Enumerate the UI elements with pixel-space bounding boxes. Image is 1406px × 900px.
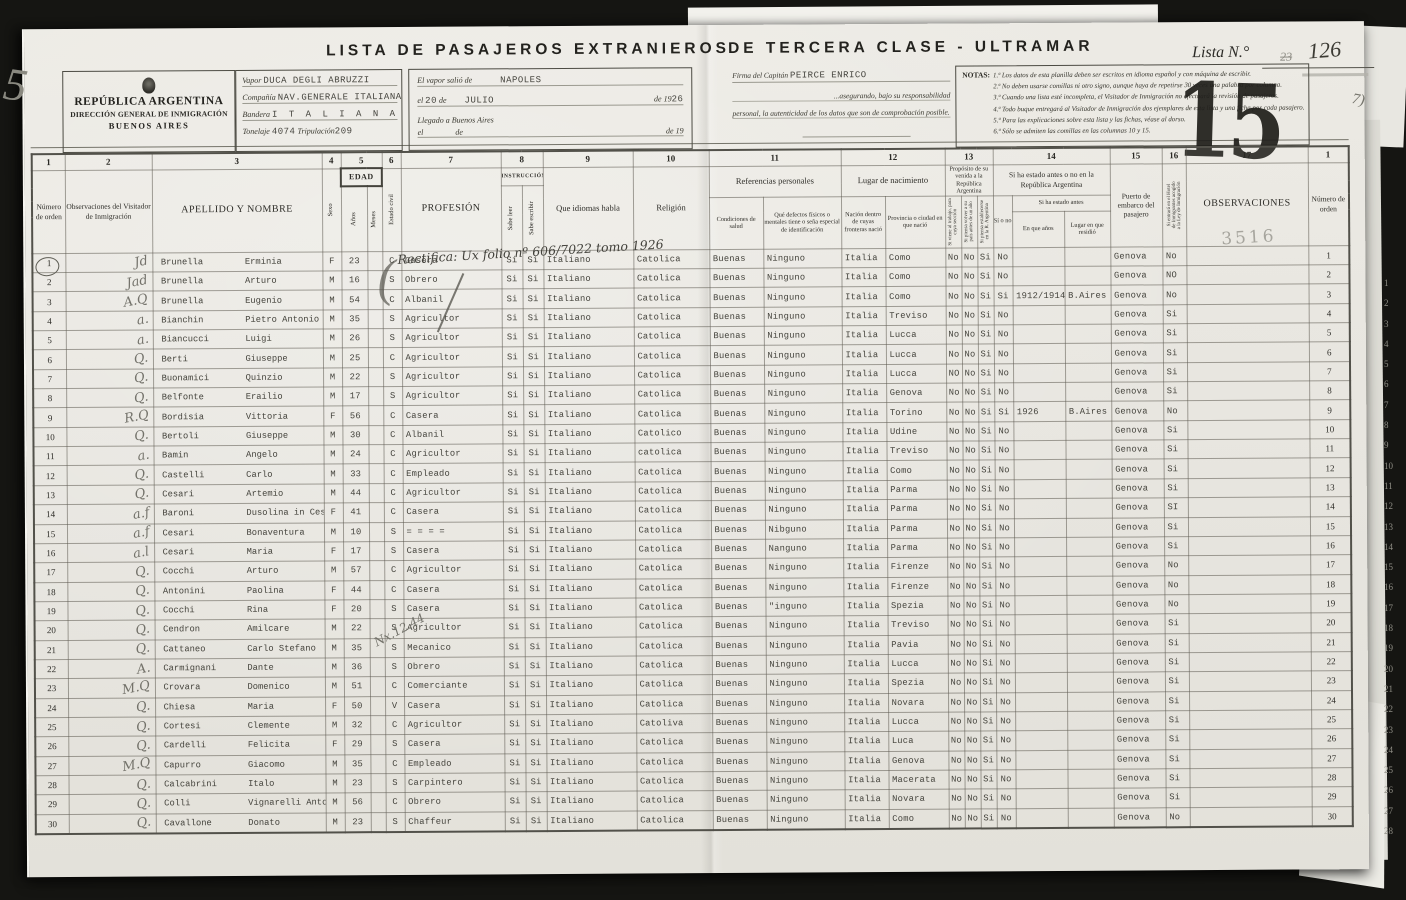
cell-health: Buenas — [713, 791, 767, 811]
cell-visitor-mark: Q. — [67, 465, 154, 485]
underpage-number: 25 — [1384, 765, 1400, 785]
cell-health: Buenas — [710, 346, 764, 366]
header-yes-or-no: Sí o no — [993, 195, 1012, 247]
underpage-number: 18 — [1384, 623, 1400, 643]
colnum-10: 10 — [633, 150, 709, 166]
ship-info-box: Vapor DUCA DEGLI ABRUZZI Compañía NAV.GE… — [235, 69, 402, 152]
cell-purpose-3: Si — [979, 557, 995, 576]
flag-label: Bandera — [242, 110, 270, 119]
cell-health: Buenas — [712, 616, 766, 636]
cell-been-before: No — [996, 615, 1015, 634]
cell-which-years — [1014, 537, 1066, 557]
cell-purpose-3: Si — [978, 364, 994, 383]
cell-can-read: Si — [505, 811, 526, 830]
ship-tonnage-row: Tonelaje 4074 Tripulación209 — [243, 126, 398, 137]
cell-order-number: 16 — [34, 543, 67, 563]
cell-birth-province: Udine — [886, 422, 946, 442]
cell-where-resided — [1065, 305, 1111, 325]
cell-birth-nation: Italia — [842, 306, 886, 326]
cell-birth-nation: Italia — [842, 287, 886, 307]
cell-birth-province: Genova — [888, 751, 948, 771]
cell-birth-province: Macerata — [888, 770, 948, 790]
cell-visitor-mark: Jd — [65, 253, 152, 273]
cell-order-number-2: 17 — [1310, 555, 1351, 575]
cell-embark-port: Genova — [1111, 401, 1163, 421]
cell-birth-province: Spezia — [888, 673, 948, 693]
underpage-number: 4 — [1384, 339, 1400, 359]
cell-purpose-1: No — [949, 809, 965, 828]
cell-health: Buenas — [711, 578, 765, 598]
cell-defects: Ninguno — [766, 693, 844, 713]
cell-birth-province: Como — [887, 461, 947, 481]
country-name: REPÚBLICA ARGENTINA — [63, 95, 234, 108]
cell-health: Buenas — [710, 423, 764, 443]
cell-age-years: 44 — [343, 580, 369, 600]
cell-language: Italiano — [545, 482, 635, 502]
underpage-number: 10 — [1384, 461, 1400, 481]
cell-can-write: Si — [525, 753, 546, 772]
cell-civil-status: C — [384, 503, 403, 522]
given-name: Amilcare — [247, 624, 289, 634]
cell-visitor-mark: a. — [66, 330, 153, 350]
cell-can-write: Si — [523, 444, 544, 463]
cell-order-number-2: 14 — [1310, 497, 1351, 517]
cell-name: CocchiRina — [154, 600, 324, 620]
departure-port: NAPOLES — [500, 75, 541, 85]
header-if-been-before: Si ha estado antes — [1012, 195, 1110, 212]
cell-which-years: 1926 — [1013, 402, 1065, 422]
cell-immigrant-hotel: Si — [1164, 440, 1188, 459]
cell-purpose-3: Si — [978, 383, 994, 402]
cell-embark-port: Genova — [1110, 247, 1162, 267]
cell-birth-province: Novara — [889, 789, 949, 809]
cell-immigrant-hotel: Si — [1163, 343, 1187, 362]
captain-row: Firma del Capitán PEIRCE ENRICO — [732, 70, 950, 83]
header-observations: OBSERVACIONES — [1186, 162, 1309, 246]
visitor-handwritten-mark: a. — [135, 331, 149, 348]
visitor-handwritten-mark: Jd — [133, 254, 149, 271]
cell-which-years — [1013, 383, 1065, 403]
cell-health: Buenas — [710, 384, 764, 404]
cell-which-years — [1013, 305, 1065, 325]
cell-can-write: Si — [524, 482, 545, 501]
visitor-handwritten-mark: A. — [136, 660, 152, 677]
cell-can-write: Si — [525, 773, 546, 792]
cell-embark-port: Genova — [1112, 479, 1164, 499]
cell-purpose-1: No — [946, 306, 962, 325]
cell-where-resided — [1066, 440, 1112, 460]
visitor-handwritten-mark: a. — [135, 312, 149, 329]
cell-health: Buenas — [712, 713, 766, 733]
cell-been-before: No — [995, 460, 1014, 479]
cell-where-resided — [1067, 672, 1113, 692]
cell-birth-nation: Italia — [844, 770, 888, 790]
cell-visitor-mark: M.Q — [68, 678, 155, 698]
cell-embark-port: Genova — [1114, 788, 1166, 808]
cell-observations — [1187, 381, 1309, 401]
captain-label: Firma del Capitán — [732, 71, 788, 80]
cell-been-before: No — [994, 325, 1013, 344]
cell-purpose-1: No — [949, 789, 965, 808]
cell-sex: M — [323, 329, 342, 348]
cell-can-read: Si — [503, 541, 524, 560]
header-name: APELLIDO Y NOMBRE — [152, 168, 323, 252]
header-personal-references: Referencias personales — [709, 165, 841, 197]
cell-immigrant-hotel: Si — [1163, 324, 1187, 343]
cell-order-number-2: 9 — [1309, 400, 1350, 420]
cell-age-months — [370, 716, 385, 735]
cell-order-number: 6 — [33, 350, 66, 370]
cell-purpose-1: No — [947, 499, 963, 518]
cell-birth-province: Como — [889, 809, 949, 829]
cell-purpose-3: Si — [980, 770, 996, 789]
cell-language: Italiano — [544, 288, 634, 308]
cell-name: BertiGiuseppe — [153, 348, 323, 368]
cell-embark-port: Genova — [1111, 421, 1163, 441]
given-name: Dante — [247, 663, 273, 673]
cell-sex: F — [322, 252, 341, 271]
cell-order-number-2: 18 — [1310, 574, 1351, 594]
cell-birth-province: Parma — [887, 480, 947, 500]
cell-civil-status: S — [383, 309, 402, 328]
cell-observations — [1188, 497, 1310, 517]
cell-health: Buenas — [709, 249, 763, 269]
cell-been-before: No — [994, 383, 1013, 402]
cell-order-number: 15 — [34, 524, 67, 544]
cell-which-years — [1013, 363, 1065, 383]
cell-name: BaroniDusolina in Cesari — [154, 503, 324, 523]
cell-visitor-mark: Q. — [66, 369, 153, 389]
form-print-code — [1302, 73, 1368, 76]
cell-can-read: Si — [502, 289, 523, 308]
header-birth-province: Provincia o ciudad en que nació — [885, 196, 945, 248]
visitor-handwritten-mark: Q. — [134, 583, 151, 600]
underpage-number: 27 — [1384, 806, 1400, 826]
cell-embark-port: Genova — [1111, 363, 1163, 383]
cell-age-years: 41 — [343, 503, 369, 523]
cell-profession: Carpintero — [404, 773, 504, 793]
cell-purpose-1: No — [948, 770, 964, 789]
cell-purpose-3: Si — [980, 692, 996, 711]
cell-age-months — [368, 406, 383, 425]
cell-immigrant-hotel: NO — [1162, 266, 1186, 285]
cell-immigrant-hotel: Si — [1166, 769, 1190, 788]
cell-sex: M — [324, 464, 343, 483]
cell-health: Buenas — [710, 365, 764, 385]
cell-which-years — [1015, 750, 1067, 770]
cell-where-resided — [1066, 479, 1112, 499]
cell-defects: Ninguno — [766, 635, 844, 655]
cell-birth-nation: Italia — [841, 248, 885, 268]
cell-age-years: 10 — [343, 522, 369, 542]
cell-profession: Albanil — [402, 425, 502, 445]
cell-age-months — [370, 774, 385, 793]
cell-can-write: Si — [525, 676, 546, 695]
cell-religion: Catolica — [634, 327, 710, 347]
cell-immigrant-hotel: Si — [1164, 517, 1188, 536]
cell-civil-status: C — [383, 445, 402, 464]
visitor-handwritten-mark: A.Q — [123, 292, 149, 311]
cell-which-years — [1015, 692, 1067, 712]
cell-which-years — [1015, 673, 1067, 693]
cell-sex: M — [324, 484, 343, 503]
underpage-number: 8 — [1384, 420, 1400, 440]
cell-age-months — [369, 522, 384, 541]
cell-where-resided — [1067, 692, 1113, 712]
cell-civil-status: S — [386, 812, 405, 831]
cell-health: Buenas — [709, 268, 763, 288]
cell-where-resided — [1066, 556, 1112, 576]
cell-language: Italiano — [546, 733, 636, 753]
cell-age-years: 54 — [342, 290, 368, 310]
cell-been-before: No — [994, 363, 1013, 382]
given-name: Erminia — [245, 257, 282, 267]
cell-name: CarmignaniDante — [155, 658, 325, 678]
cell-order-number-2: 30 — [1312, 806, 1353, 826]
cell-purpose-3: Si — [980, 731, 996, 750]
cell-age-months — [368, 348, 383, 367]
cell-name: CesariBonaventura — [154, 522, 324, 542]
cell-religion: Catolica — [634, 404, 710, 424]
cell-been-before: No — [993, 267, 1012, 286]
underlying-page-row-numbers: 1234567891011121314151617181920212223242… — [1384, 278, 1400, 846]
cell-language: Italiano — [546, 695, 636, 715]
cell-which-years — [1015, 634, 1067, 654]
cell-purpose-1: No — [947, 557, 963, 576]
cell-profession: Obrero — [401, 270, 501, 290]
given-name: Giacomo — [248, 759, 285, 769]
cell-order-number: 28 — [35, 775, 68, 795]
cell-civil-status: S — [384, 599, 403, 618]
cell-sex: M — [324, 522, 343, 541]
cell-order-number: 23 — [35, 679, 68, 699]
cell-defects: Ninguno — [766, 655, 844, 675]
cell-order-number-2: 11 — [1310, 439, 1351, 459]
crew-label: Tripulación — [297, 126, 334, 135]
cell-civil-status: C — [383, 348, 402, 367]
cell-order-number: 11 — [33, 447, 66, 467]
surname: Belfonte — [162, 392, 246, 403]
cell-order-number-2: 4 — [1309, 303, 1350, 323]
cell-birth-province: Lucca — [886, 364, 946, 384]
cell-where-resided — [1065, 324, 1111, 344]
cell-been-before: No — [996, 654, 1015, 673]
cell-purpose-2: No — [961, 267, 977, 286]
cell-observations — [1189, 749, 1311, 769]
surname: Bamin — [162, 450, 246, 461]
cell-purpose-1: No — [947, 577, 963, 596]
colnum-6: 6 — [382, 152, 401, 168]
cell-observations — [1188, 439, 1310, 459]
underpage-number: 17 — [1384, 603, 1400, 623]
cell-can-write: Si — [523, 424, 544, 443]
cell-can-read: Si — [503, 560, 524, 579]
cell-can-read: Si — [503, 521, 524, 540]
cell-can-write: Si — [523, 328, 544, 347]
department-name: DIRECCIÓN GENERAL DE INMIGRACIÓN — [63, 109, 234, 119]
cell-which-years — [1016, 769, 1068, 789]
surname: Crovara — [163, 682, 247, 693]
cell-health: Buenas — [711, 520, 765, 540]
cell-age-months — [369, 464, 384, 483]
cell-order-number: 13 — [34, 485, 67, 505]
cell-birth-nation: Italia — [844, 712, 888, 732]
cell-name: CocchiArturo — [154, 561, 324, 581]
cell-been-before: No — [997, 770, 1016, 789]
visitor-handwritten-mark: Q. — [134, 428, 151, 445]
cell-defects: Ninguno — [765, 558, 843, 578]
cell-can-read: Si — [504, 734, 525, 753]
colnum-13: 13 — [945, 148, 993, 164]
surname: Bordisia — [162, 412, 246, 423]
cell-religion: Catolico — [634, 423, 710, 443]
cell-health: Buenas — [712, 771, 766, 791]
cell-immigrant-hotel: No — [1163, 285, 1187, 304]
cell-immigrant-hotel: Si — [1165, 711, 1189, 730]
cell-name: BrunellaArturo — [152, 271, 322, 291]
cell-can-read: Si — [502, 386, 523, 405]
cell-where-resided — [1066, 595, 1112, 615]
cell-purpose-1: No — [946, 422, 962, 441]
document-title-right: DE TERCERA CLASE - ULTRAMAR — [728, 38, 1094, 58]
cell-immigrant-hotel: No — [1166, 807, 1190, 826]
cell-observations — [1187, 284, 1309, 304]
cell-purpose-2: No — [962, 441, 978, 460]
cell-can-write: Si — [526, 792, 547, 811]
cell-birth-nation: Italia — [841, 268, 885, 288]
cell-age-years: 56 — [345, 793, 371, 813]
cell-immigrant-hotel: Si — [1164, 537, 1188, 556]
cell-can-write: Si — [524, 598, 545, 617]
cell-age-years: 23 — [344, 774, 370, 794]
underpage-number: 3 — [1384, 319, 1400, 339]
cell-embark-port: Genova — [1114, 807, 1166, 827]
cell-purpose-2: No — [964, 770, 980, 789]
cell-been-before: No — [995, 576, 1014, 595]
visitor-handwritten-mark: a.l — [132, 544, 150, 562]
cell-purpose-3: Si — [977, 267, 993, 286]
cell-birth-nation: Italia — [844, 693, 888, 713]
cell-been-before: Si — [994, 402, 1013, 421]
cell-language: Italiano — [544, 443, 634, 463]
cell-language: Italiano — [546, 772, 636, 792]
cell-age-years: 22 — [344, 619, 370, 639]
cell-been-before: No — [995, 518, 1014, 537]
cell-language: Italiano — [545, 463, 635, 483]
cell-civil-status: C — [385, 754, 404, 773]
cell-been-before: No — [994, 305, 1013, 324]
cell-birth-province: Treviso — [888, 615, 948, 635]
cell-immigrant-hotel: Si — [1165, 653, 1189, 672]
cell-visitor-mark: Q. — [68, 620, 155, 640]
cell-observations — [1189, 691, 1311, 711]
cell-can-write: Si — [524, 560, 545, 579]
lista-label: Lista N.° — [1192, 44, 1249, 61]
surname: Bertoli — [162, 431, 246, 442]
cell-visitor-mark: Q. — [67, 582, 154, 602]
cell-language: Italiano — [546, 656, 636, 676]
cell-purpose-1: No — [946, 286, 962, 305]
cell-profession: Agricultor — [402, 328, 502, 348]
cell-defects: Ninguno — [764, 287, 842, 307]
cell-order-number-2: 15 — [1310, 516, 1351, 536]
given-name: Carlo Stefano — [247, 643, 316, 653]
cell-immigrant-hotel: Si — [1165, 730, 1189, 749]
cell-birth-province: Treviso — [886, 306, 946, 326]
captain-line3: personal, la autenticidad de los datos q… — [732, 108, 950, 119]
cell-been-before: No — [994, 422, 1013, 441]
surname: Antonini — [163, 586, 247, 597]
given-name: Dusolina in Cesari — [246, 508, 324, 519]
cell-age-years: 56 — [342, 406, 368, 426]
cell-can-read: Si — [504, 657, 525, 676]
cell-profession: Obrero — [404, 657, 504, 677]
cell-immigrant-hotel: Si — [1164, 478, 1188, 497]
cell-birth-nation: Italia — [842, 364, 886, 384]
cell-which-years — [1014, 499, 1066, 519]
cell-visitor-mark: Q. — [66, 349, 153, 369]
cell-name: CastelliCarlo — [154, 464, 324, 484]
cell-language: Italiano — [545, 501, 635, 521]
cell-purpose-2: No — [962, 422, 978, 441]
cell-religion: Catolica — [634, 385, 710, 405]
cell-age-years: 23 — [345, 812, 371, 832]
cell-can-write: Si — [522, 270, 543, 289]
cell-which-years — [1015, 615, 1067, 635]
cell-order-number-2: 10 — [1309, 419, 1350, 439]
cell-age-years: 35 — [342, 309, 368, 329]
cell-language: Italiano — [544, 308, 634, 328]
cell-birth-nation: Italia — [843, 577, 887, 597]
cell-observations — [1189, 613, 1311, 633]
cell-purpose-3: Si — [978, 306, 994, 325]
cell-order-number-2: 24 — [1311, 690, 1352, 710]
header-civil-status: Estado civil — [382, 168, 402, 251]
given-name: Donato — [248, 817, 280, 827]
cell-defects: Ninguno — [764, 423, 842, 443]
underpage-number: 28 — [1384, 826, 1400, 846]
cell-language: Italiano — [545, 598, 635, 618]
cell-observations — [1186, 246, 1308, 266]
cell-birth-province: Parma — [887, 538, 947, 558]
visitor-handwritten-mark: Q. — [135, 699, 152, 716]
cell-purpose-2: No — [962, 286, 978, 305]
given-name: Bonaventura — [246, 527, 304, 537]
cell-health: Buenas — [712, 752, 766, 772]
tonnage-label: Tonelaje — [243, 127, 270, 136]
cell-birth-nation: Italia — [843, 538, 887, 558]
given-name: Felicita — [248, 740, 290, 750]
cell-observations — [1188, 478, 1310, 498]
cell-defects: Ninguno — [766, 771, 844, 791]
colnum-5: 5 — [341, 152, 382, 168]
cell-can-read: Si — [503, 483, 524, 502]
cell-been-before: No — [994, 344, 1013, 363]
cell-health: Buenas — [711, 462, 765, 482]
cell-birth-nation: Italia — [844, 674, 888, 694]
cell-which-years — [1013, 324, 1065, 344]
colnum-4: 4 — [322, 152, 341, 168]
ship-flag-row: Bandera I T A L I A N A — [242, 109, 397, 121]
cell-defects: Ninguno — [764, 365, 842, 385]
underpage-number: 12 — [1384, 501, 1400, 521]
cell-age-years: 50 — [344, 696, 370, 716]
header-birth-nation: Nación dentro de cuyas fronteras nació — [841, 196, 885, 248]
visitor-handwritten-mark: a. — [136, 447, 150, 464]
cell-can-read: Si — [503, 599, 524, 618]
cell-profession: Agricultor — [403, 560, 503, 580]
cell-observations — [1188, 516, 1310, 536]
